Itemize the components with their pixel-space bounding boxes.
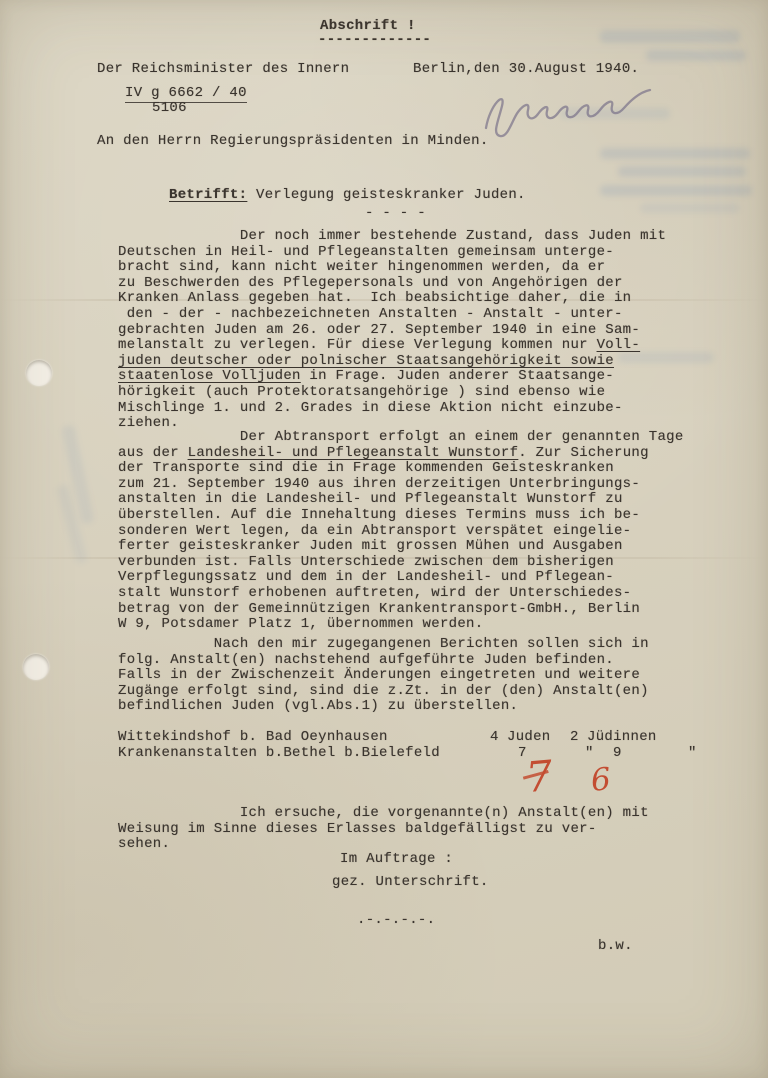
- body-line: betrag von der Gemeinnützigen Krankentra…: [118, 602, 684, 618]
- sender-line: Der Reichsminister des Innern: [97, 61, 349, 77]
- table-row: Wittekindshof b. Bad Oeynhausen 4 Juden …: [118, 729, 758, 745]
- ink-bleed-mark: [646, 50, 746, 61]
- body-line: Der Abtransport erfolgt an einem der gen…: [118, 430, 684, 446]
- body-line: melanstalt zu verlegen. Für diese Verleg…: [118, 338, 666, 354]
- body-line: überstellen. Auf die Innehaltung dieses …: [118, 508, 684, 524]
- body-line: bracht sind, kann nicht weiter hingenomm…: [118, 260, 666, 276]
- red-handwritten-correction-women: 6: [590, 764, 612, 797]
- body-paragraph-1: Der noch immer bestehende Zustand, dass …: [118, 229, 666, 432]
- body-line: W 9, Potsdamer Platz 1, übernommen werde…: [118, 617, 684, 633]
- body-paragraph-4: Ich ersuche, die vorgenannte(n) Anstalt(…: [118, 806, 649, 853]
- body-line: Weisung im Sinne dieses Erlasses baldgef…: [118, 822, 649, 838]
- ink-bleed-mark: [600, 30, 740, 43]
- body-line: den - der - nachbezeichneten Anstalten -…: [118, 307, 666, 323]
- body-line: Mischlinge 1. und 2. Grades in diese Akt…: [118, 401, 666, 417]
- body-paragraph-3: Nach den mir zugegangenen Berichten soll…: [118, 637, 649, 715]
- body-paragraph-2: Der Abtransport erfolgt an einem der gen…: [118, 430, 684, 633]
- pencil-signature: [476, 82, 666, 142]
- subject-line: Betrifft: Verlegung geisteskranker Juden…: [169, 187, 526, 203]
- body-line: Nach den mir zugegangenen Berichten soll…: [118, 637, 649, 653]
- body-line: Der noch immer bestehende Zustand, dass …: [118, 229, 666, 245]
- women-unit: Jüdinnen: [587, 729, 657, 745]
- men-count: 4: [490, 729, 499, 745]
- body-line: Ich ersuche, die vorgenannte(n) Anstalt(…: [118, 806, 649, 822]
- body-line: Falls in der Zwischenzeit Änderungen ein…: [118, 668, 649, 684]
- body-line: Kranken Anlass gegeben hat. Ich beabsich…: [118, 291, 666, 307]
- recipient-line: An den Herrn Regierungspräsidenten in Mi…: [97, 133, 489, 149]
- men-unit: Juden: [507, 729, 551, 745]
- copy-heading-underline: -------------: [318, 32, 431, 48]
- ink-bleed-mark: [640, 203, 740, 213]
- ink-bleed-mark: [61, 424, 95, 525]
- body-line: stalt Wunstorf erhobenen auftreten, wird…: [118, 586, 684, 602]
- ink-bleed-mark: [600, 148, 750, 159]
- body-line: befindlichen Juden (vgl.Abs.1) zu überst…: [118, 699, 649, 715]
- ink-bleed-mark: [56, 484, 88, 564]
- document-page: Abschrift ! ------------- Der Reichsmini…: [0, 0, 768, 1078]
- men-unit: ": [585, 745, 594, 761]
- body-line: juden deutscher oder polnischer Staatsan…: [118, 354, 666, 370]
- file-subnumber: 5106: [152, 100, 187, 116]
- women-count: 9: [613, 745, 622, 761]
- turn-page-note: b.w.: [598, 938, 633, 954]
- women-unit: ": [688, 745, 697, 761]
- body-line: Deutschen in Heil- und Pflegeanstalten g…: [118, 245, 666, 261]
- body-line: aus der Landesheil- und Pflegeanstalt Wu…: [118, 446, 684, 462]
- body-line: Verpflegungssatz und dem in der Landeshe…: [118, 570, 684, 586]
- im-auftrage-line: Im Auftrage :: [340, 851, 453, 867]
- subject-label: Betrifft:: [169, 187, 247, 203]
- body-line: staatenlose Volljuden in Frage. Juden an…: [118, 369, 666, 385]
- table-row: Krankenanstalten b.Bethel b.Bielefeld 7 …: [118, 745, 758, 761]
- institution-name: Wittekindshof b. Bad Oeynhausen: [118, 729, 388, 745]
- body-line: der Transporte sind die in Frage kommend…: [118, 461, 684, 477]
- subject-text: Verlegung geisteskranker Juden.: [247, 187, 525, 203]
- body-line: ferter geisteskranker Juden mit grossen …: [118, 539, 684, 555]
- institution-name: Krankenanstalten b.Bethel b.Bielefeld: [118, 745, 440, 761]
- subject-dashes: - - - -: [365, 205, 426, 221]
- signature-line: gez. Unterschrift.: [332, 874, 489, 890]
- body-line: hörigkeit (auch Protektoratsangehörige )…: [118, 385, 666, 401]
- punch-hole: [26, 360, 52, 386]
- women-count: 2: [570, 729, 579, 745]
- punch-hole: [23, 654, 49, 680]
- date-line: Berlin,den 30.August 1940.: [413, 61, 639, 77]
- ink-bleed-mark: [600, 185, 752, 196]
- ink-bleed-mark: [618, 166, 746, 177]
- body-line: sonderen Wert legen, da ein Abtransport …: [118, 524, 684, 540]
- body-line: anstalten in die Landesheil- und Pflegea…: [118, 492, 684, 508]
- end-separator: .-.-.-.-.: [357, 912, 435, 928]
- body-line: verbunden ist. Falls Unterschiede zwisch…: [118, 555, 684, 571]
- red-handwritten-correction-men: 7: [524, 755, 554, 799]
- body-line: folg. Anstalt(en) nachstehend aufgeführt…: [118, 653, 649, 669]
- body-line: gebrachten Juden am 26. oder 27. Septemb…: [118, 323, 666, 339]
